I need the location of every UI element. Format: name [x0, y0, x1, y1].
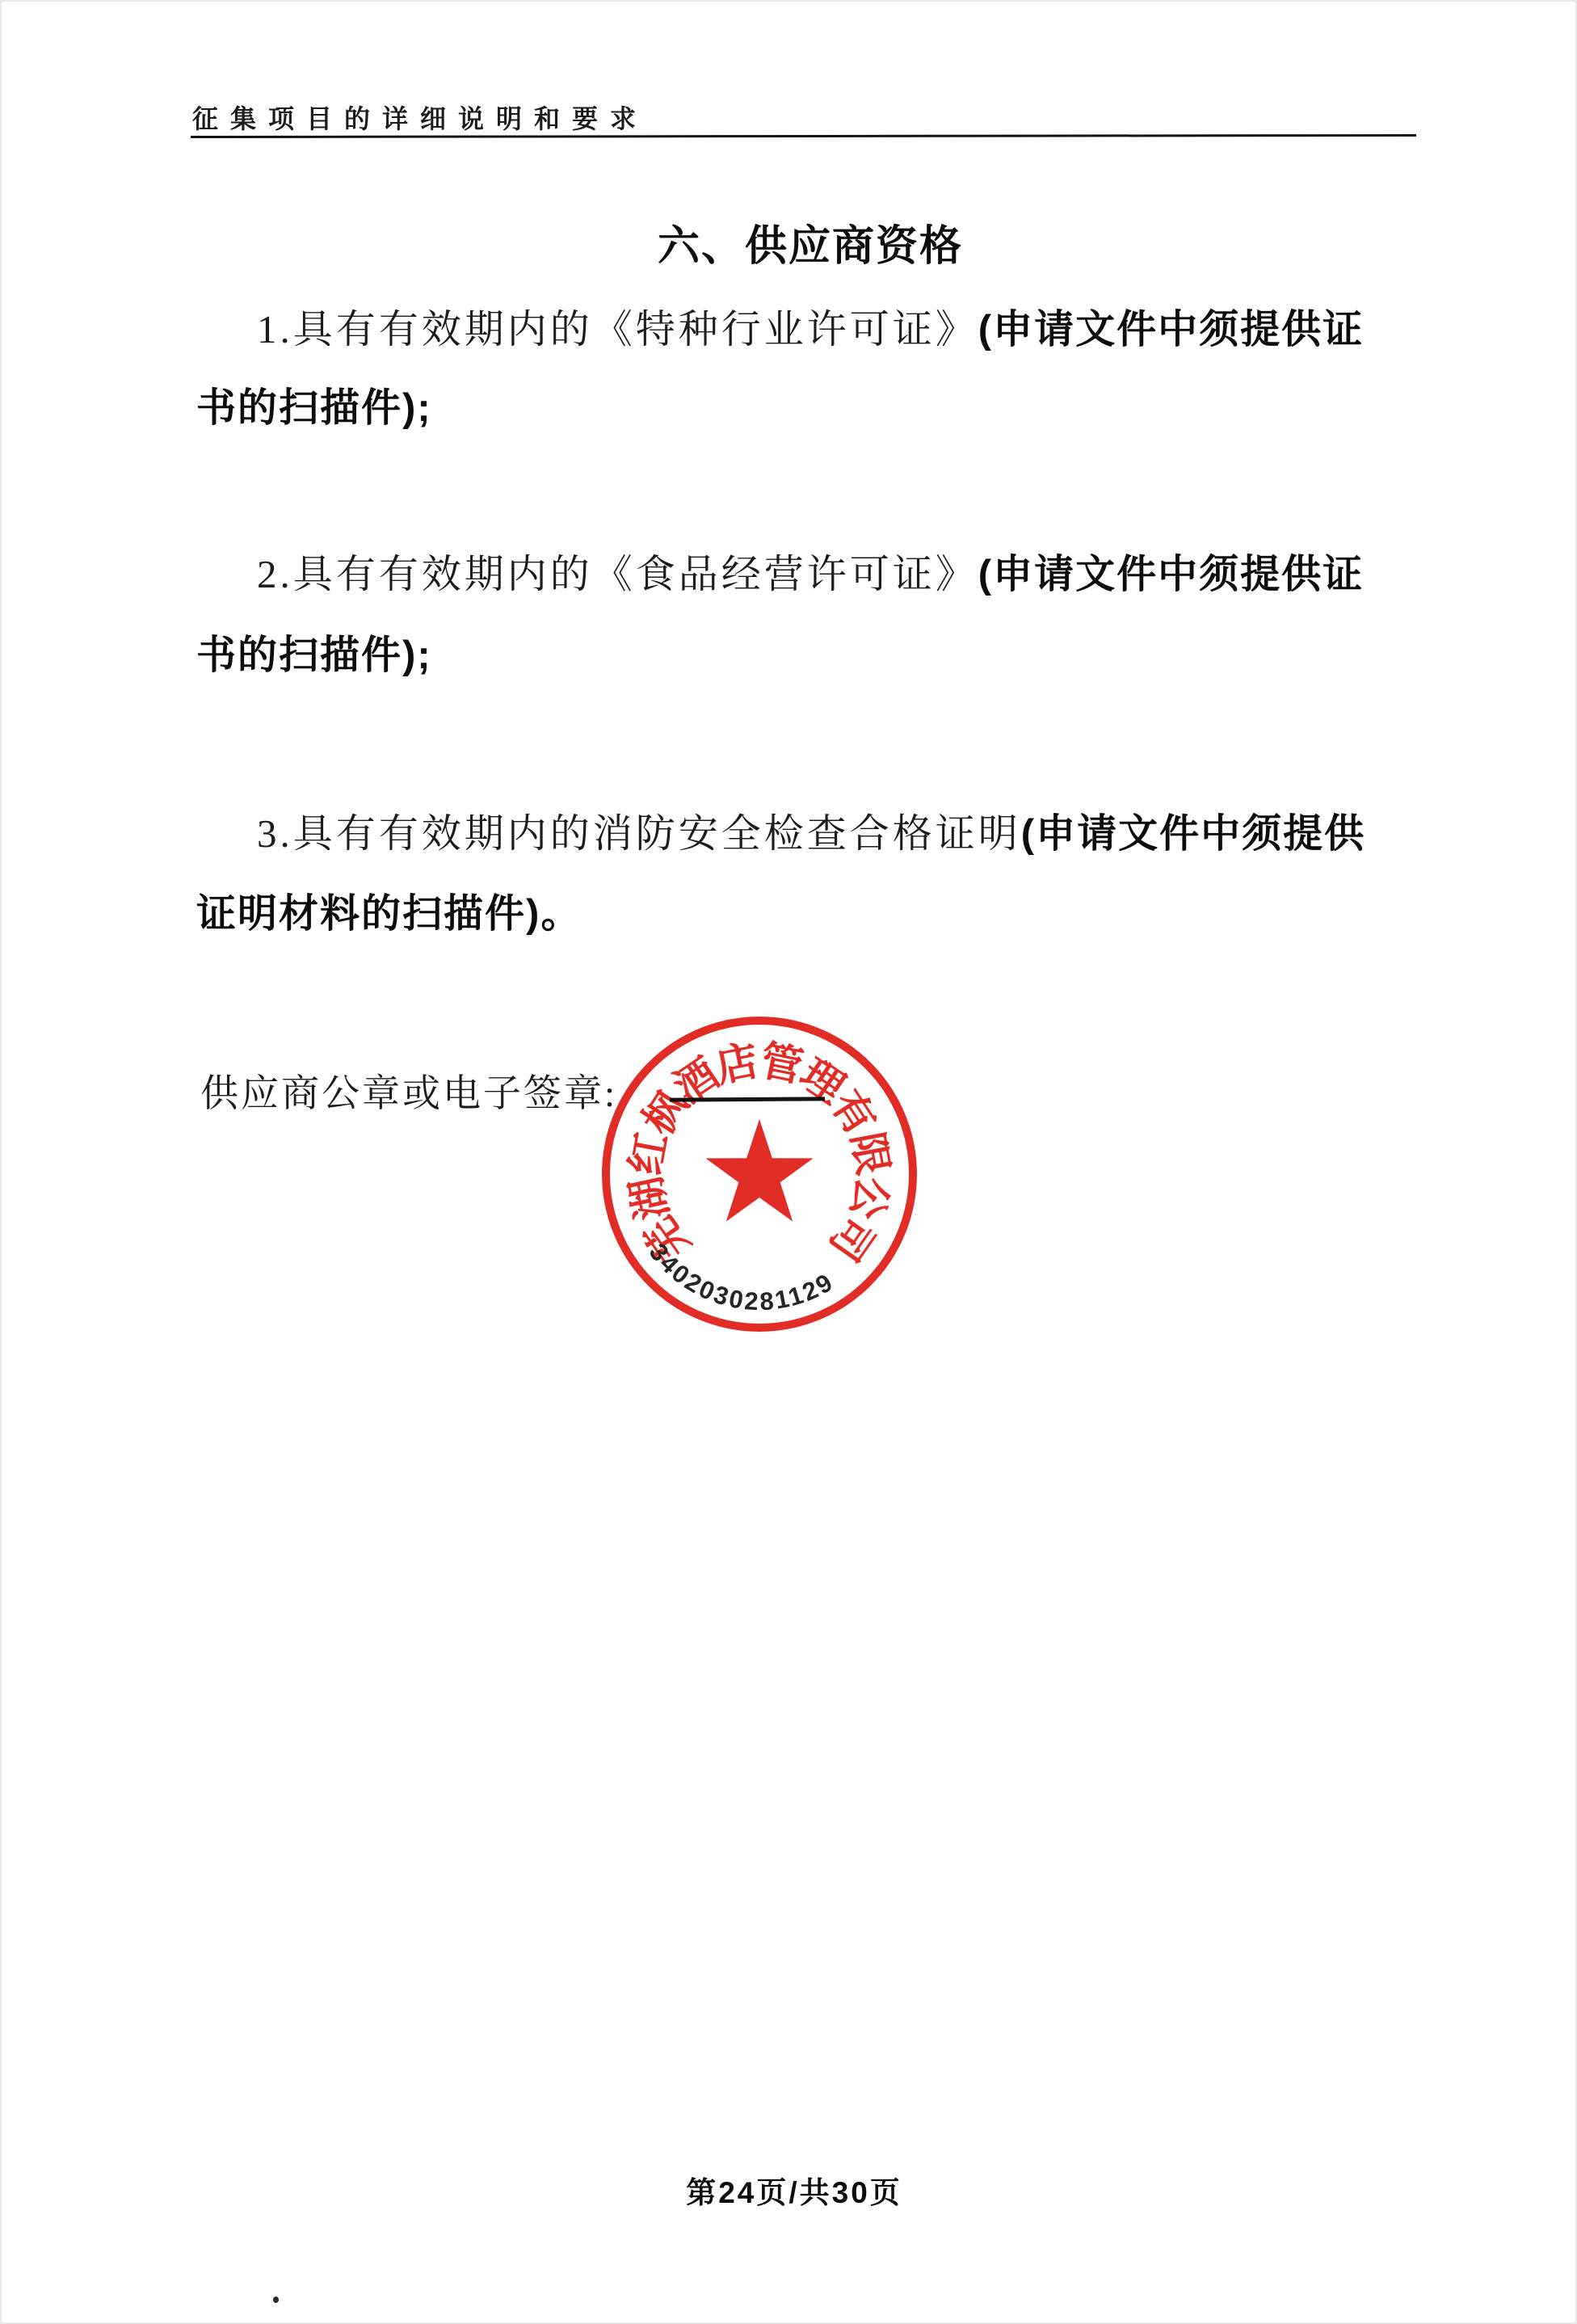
item-3-line-2: 证明材料的扫描件)。 — [196, 890, 582, 938]
item-1-bold-text: (申请文件中须提供证 — [978, 308, 1364, 352]
item-2-regular-text: 2.具有有效期内的《食品经营许可证》 — [257, 552, 978, 596]
item-3-line-1: 3.具有有效期内的消防安全检查合格证明(申请文件中须提供 — [257, 810, 1365, 858]
item-3-regular-text: 3.具有有效期内的消防安全检查合格证明 — [257, 811, 1021, 856]
item-2-line-1: 2.具有有效期内的《食品经营许可证》(申请文件中须提供证 — [257, 551, 1364, 599]
page-number-indicator: 第24页/共30页 — [0, 2168, 1577, 2212]
item-2-bold-text-cont: 书的扫描件); — [196, 634, 432, 677]
item-1-line-2: 书的扫描件); — [196, 385, 432, 432]
seal-char: 限 — [843, 1129, 896, 1179]
item-3-bold-text-cont: 证明材料的扫描件)。 — [196, 892, 582, 936]
company-seal-stamp: 芜 湖 红 枫 酒 店 管 理 有 限 公 司 3402030281129 — [598, 1013, 921, 1336]
red-star-icon — [705, 1119, 813, 1222]
document-page: 征集项目的详细说明和要求 六、供应商资格 1.具有有效期内的《特种行业许可证》(… — [0, 0, 1577, 2324]
item-1-regular-text: 1.具有有效期内的《特种行业许可证》 — [257, 307, 978, 352]
section-title: 六、供应商资格 — [0, 212, 1577, 272]
item-1-bold-text-cont: 书的扫描件); — [196, 386, 432, 430]
page-header: 征集项目的详细说明和要求 — [192, 99, 648, 136]
item-1-line-1: 1.具有有效期内的《特种行业许可证》(申请文件中须提供证 — [257, 306, 1364, 354]
item-2-line-2: 书的扫描件); — [196, 632, 432, 680]
item-2-bold-text: (申请文件中须提供证 — [978, 553, 1364, 596]
scan-speck-artifact — [273, 2297, 279, 2303]
signature-label: 供应商公章或电子签章: — [200, 1063, 617, 1118]
seal-char: 湖 — [624, 1173, 678, 1223]
seal-char: 店 — [712, 1038, 762, 1092]
item-3-bold-text: (申请文件中须提供 — [1021, 812, 1365, 856]
